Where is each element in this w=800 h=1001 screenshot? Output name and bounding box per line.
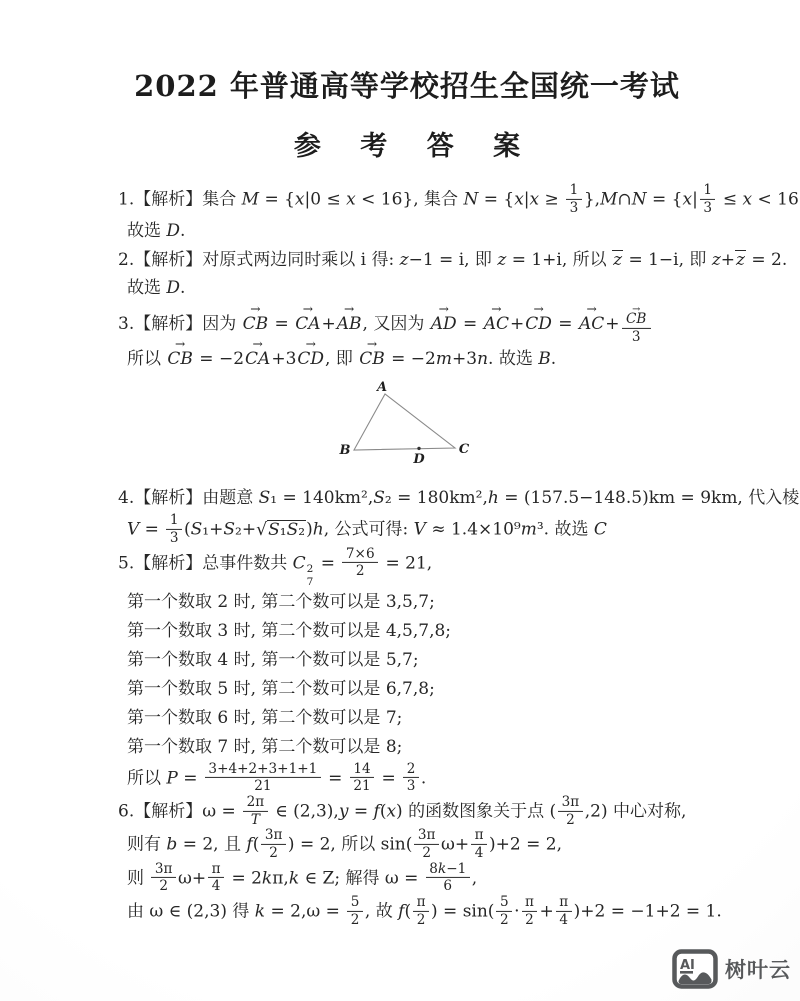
answer-line: 故选 D. bbox=[118, 275, 696, 303]
point-label-d: D bbox=[412, 452, 425, 464]
document: 2022 年普通高等学校招生全国统一考试 参 考 答 案 1.【解析】集合 M … bbox=[118, 70, 696, 929]
answer-line: 由 ω ∈ (2,3) 得 k = 2,ω = 52, 故 f(π2) = si… bbox=[118, 896, 696, 928]
answer-line: 所以 P = 3+4+2+3+1+121 = 1421 = 23. bbox=[118, 763, 696, 795]
watermark: AI 树叶云 bbox=[672, 949, 791, 989]
answer-line: V = 13(S₁+S₂+√S₁S₂)h, 公式可得: V ≈ 1.4×10⁹m… bbox=[118, 514, 696, 546]
watermark-label: 树叶云 bbox=[725, 954, 791, 984]
vertex-label-a: A bbox=[375, 380, 387, 395]
answer-line: 则 3π2ω+π4 = 2kπ,k ∈ Z; 解得 ω = 8k−16, bbox=[118, 863, 696, 895]
answer-line: 第一个数取 4 时, 第一个数可以是 5,7; bbox=[118, 647, 696, 675]
answer-line: 第一个数取 5 时, 第二个数可以是 6,7,8; bbox=[118, 676, 696, 704]
triangle-figure: A B C D bbox=[333, 380, 485, 464]
vertex-label-c: C bbox=[459, 442, 470, 457]
ai-image-icon: AI bbox=[672, 949, 718, 989]
answer-line: 2.【解析】对原式两边同时乘以 i 得: z−1 = i, 即 z = 1+i,… bbox=[118, 247, 696, 275]
triangle-outline bbox=[354, 394, 455, 450]
page-subtitle: 参 考 答 案 bbox=[118, 124, 696, 163]
answer-line: 6.【解析】ω = 2πT ∈ (2,3),y = f(x) 的函数图象关于点 … bbox=[118, 796, 696, 828]
page-title: 2022 年普通高等学校招生全国统一考试 bbox=[118, 70, 696, 103]
page: { "header": { "title": "2022 年普通高等学校招生全国… bbox=[0, 0, 800, 1001]
answer-line: 4.【解析】由题意 S₁ = 140km²,S₂ = 180km²,h = (1… bbox=[118, 485, 696, 513]
answer-line: 第一个数取 7 时, 第二个数可以是 8; bbox=[118, 734, 696, 762]
answer-line: 3.【解析】因为 →CB = →CA+→AB, 又因为 →AD = →AC+→C… bbox=[118, 304, 696, 345]
triangle-figure-svg: A B C D bbox=[333, 380, 485, 464]
answer-line: 所以 →CB = −2→CA+3→CD, 即 →CB = −2m+3n. 故选 … bbox=[118, 346, 696, 374]
answer-line: 第一个数取 6 时, 第二个数可以是 7; bbox=[118, 705, 696, 733]
answer-line: 5.【解析】总事件数共 C27 = 7×62 = 21, bbox=[118, 548, 696, 589]
answer-line: 则有 b = 2, 且 f(3π2) = 2, 所以 sin(3π2ω+π4)+… bbox=[118, 829, 696, 861]
icon-ai-text: AI bbox=[680, 958, 695, 973]
answer-line: 故选 D. bbox=[118, 218, 696, 246]
answer-line: 第一个数取 2 时, 第二个数可以是 3,5,7; bbox=[118, 589, 696, 617]
icon-ai-underline bbox=[680, 971, 693, 974]
answer-line: 第一个数取 3 时, 第二个数可以是 4,5,7,8; bbox=[118, 618, 696, 646]
answer-lines-top: 1.【解析】集合 M = {x|0 ≤ x < 16}, 集合 N = {x|x… bbox=[118, 184, 696, 374]
answer-line: 1.【解析】集合 M = {x|0 ≤ x < 16}, 集合 N = {x|x… bbox=[118, 184, 696, 216]
answer-lines-bottom: 4.【解析】由题意 S₁ = 140km²,S₂ = 180km²,h = (1… bbox=[118, 485, 696, 928]
vertex-label-b: B bbox=[339, 443, 351, 458]
point-d-dot bbox=[417, 447, 420, 450]
